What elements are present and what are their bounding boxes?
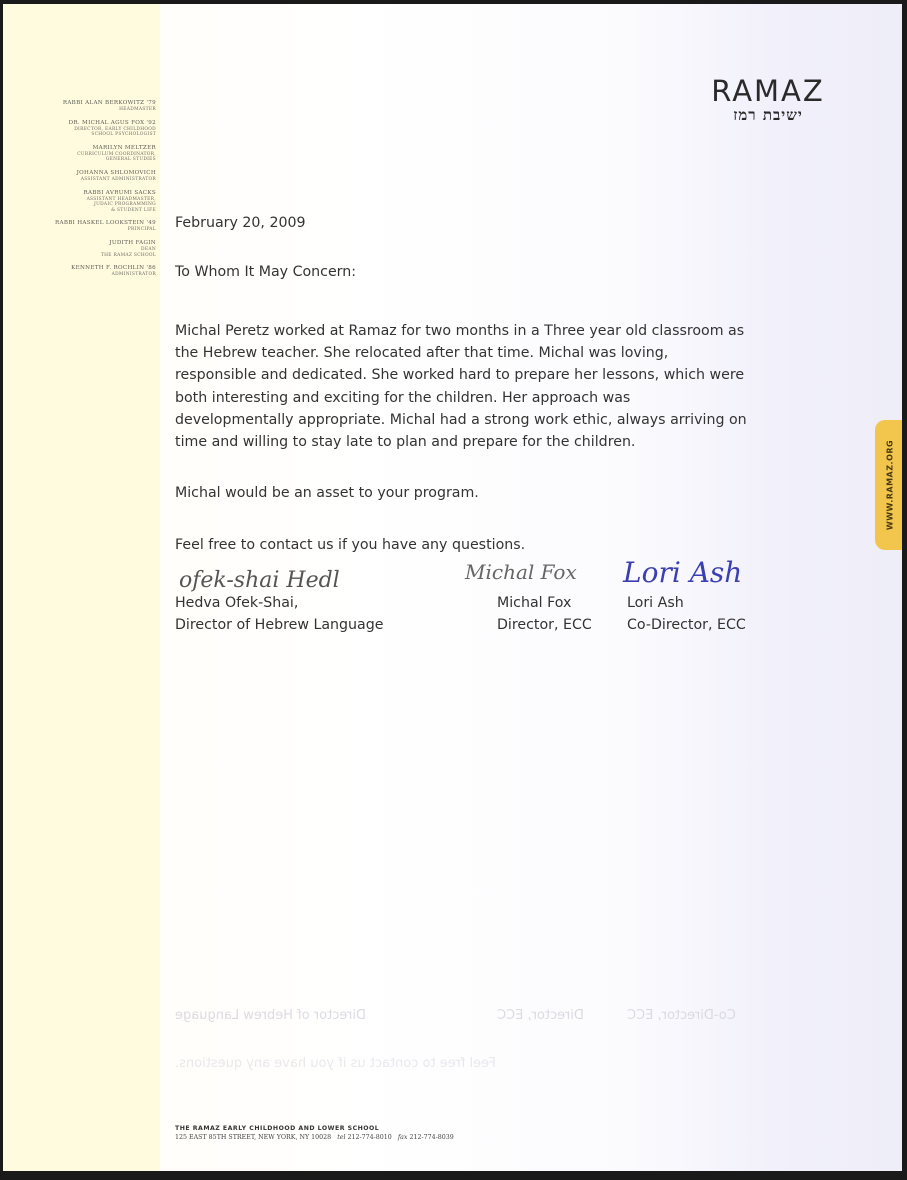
staff-name: RABBI HASKEL LOOKSTEIN '49 <box>6 220 156 227</box>
signatory-title: Director, ECC <box>497 614 592 636</box>
footer-address: 125 EAST 85TH STREET, NEW YORK, NY 10028 <box>175 1134 331 1141</box>
staff-role: SCHOOL PSYCHOLOGIST <box>6 132 156 138</box>
staff-member: KENNETH F. ROCHLIN '86 ADMINISTRATOR <box>6 265 156 278</box>
closing-recommendation: Michal would be an asset to your program… <box>175 485 479 501</box>
signatory-michal-fox: Michal Fox Director, ECC <box>497 592 592 636</box>
logo-latin: RAMAZ <box>703 76 833 106</box>
staff-member: MARILYN MELTZER CURRICULUM COORDINATOR, … <box>6 145 156 163</box>
letter-page: RABBI ALAN BERKOWITZ '79 HEADMASTER DR. … <box>3 4 902 1171</box>
bleed-through-text: Director, ECC <box>497 1008 584 1023</box>
body-line: responsible and dedicated. She worked ha… <box>175 364 855 386</box>
staff-name: KENNETH F. ROCHLIN '86 <box>6 265 156 272</box>
letter-body: Michal Peretz worked at Ramaz for two mo… <box>175 320 855 453</box>
staff-member: JUDITH FAGIN DEAN THE RAMAZ SCHOOL <box>6 240 156 258</box>
body-line: the Hebrew teacher. She relocated after … <box>175 342 855 364</box>
letterhead-sidebar: RABBI ALAN BERKOWITZ '79 HEADMASTER DR. … <box>3 4 160 1171</box>
website-tab: WWW.RAMAZ.ORG <box>875 420 902 550</box>
tel-label: tel <box>337 1134 345 1141</box>
signatory-lori-ash: Lori Ash Co-Director, ECC <box>627 592 746 636</box>
bleed-through-text: Co-Director, ECC <box>627 1008 736 1023</box>
staff-list: RABBI ALAN BERKOWITZ '79 HEADMASTER DR. … <box>6 100 156 285</box>
signatory-name: Lori Ash <box>627 592 746 614</box>
staff-name: RABBI ALAN BERKOWITZ '79 <box>6 100 156 107</box>
footer-address-line: 125 EAST 85TH STREET, NEW YORK, NY 10028… <box>175 1133 454 1142</box>
body-line: both interesting and exciting for the ch… <box>175 387 855 409</box>
footer-tel: 212-774-8010 <box>347 1134 391 1141</box>
letter-date: February 20, 2009 <box>175 215 306 231</box>
staff-role: ADMINISTRATOR <box>6 272 156 278</box>
footer-fax: 212-774-8039 <box>409 1134 453 1141</box>
fax-label: fax <box>398 1134 408 1141</box>
staff-name: MARILYN MELTZER <box>6 145 156 152</box>
bleed-through-text: Director of Hebrew Language <box>175 1008 366 1023</box>
salutation: To Whom It May Concern: <box>175 264 356 280</box>
signature-michal-fox: Michal Fox <box>465 560 577 584</box>
staff-name: JUDITH FAGIN <box>6 240 156 247</box>
logo-hebrew: ישיבת רמז <box>703 106 833 124</box>
signatory-name: Michal Fox <box>497 592 592 614</box>
staff-role: THE RAMAZ SCHOOL <box>6 253 156 259</box>
staff-role: ASSISTANT ADMINISTRATOR <box>6 177 156 183</box>
staff-member: DR. MICHAL AGUS FOX '92 DIRECTOR, EARLY … <box>6 120 156 138</box>
website-url: WWW.RAMAZ.ORG <box>886 440 895 530</box>
staff-role: HEADMASTER <box>6 107 156 113</box>
body-line: developmentally appropriate. Michal had … <box>175 409 855 431</box>
body-line: time and willing to stay late to plan an… <box>175 431 855 453</box>
signatory-title: Co-Director, ECC <box>627 614 746 636</box>
ramaz-logo: RAMAZ ישיבת רמז <box>703 76 833 124</box>
staff-name: DR. MICHAL AGUS FOX '92 <box>6 120 156 127</box>
signature-hedva: ofek-shai Hedl <box>179 568 340 593</box>
footer-school-name: THE RAMAZ EARLY CHILDHOOD AND LOWER SCHO… <box>175 1124 454 1133</box>
staff-member: JOHANNA SHLOMOVICH ASSISTANT ADMINISTRAT… <box>6 170 156 183</box>
staff-member: RABBI ALAN BERKOWITZ '79 HEADMASTER <box>6 100 156 113</box>
staff-name: RABBI AVRUMI SACKS <box>6 190 156 197</box>
closing-contact: Feel free to contact us if you have any … <box>175 537 525 553</box>
signatory-name: Hedva Ofek-Shai, <box>175 592 383 614</box>
signatory-hedva: Hedva Ofek-Shai, Director of Hebrew Lang… <box>175 592 383 636</box>
staff-role: PRINCIPAL <box>6 227 156 233</box>
signature-lori-ash: Lori Ash <box>623 556 742 589</box>
staff-name: JOHANNA SHLOMOVICH <box>6 170 156 177</box>
staff-role: GENERAL STUDIES <box>6 157 156 163</box>
body-line: Michal Peretz worked at Ramaz for two mo… <box>175 320 855 342</box>
staff-role: & STUDENT LIFE <box>6 208 156 214</box>
signatory-title: Director of Hebrew Language <box>175 614 383 636</box>
bleed-through-text: Feel free to contact us if you have any … <box>175 1056 496 1071</box>
staff-member: RABBI HASKEL LOOKSTEIN '49 PRINCIPAL <box>6 220 156 233</box>
letterhead-footer: THE RAMAZ EARLY CHILDHOOD AND LOWER SCHO… <box>175 1124 454 1142</box>
staff-member: RABBI AVRUMI SACKS ASSISTANT HEADMASTER,… <box>6 190 156 214</box>
